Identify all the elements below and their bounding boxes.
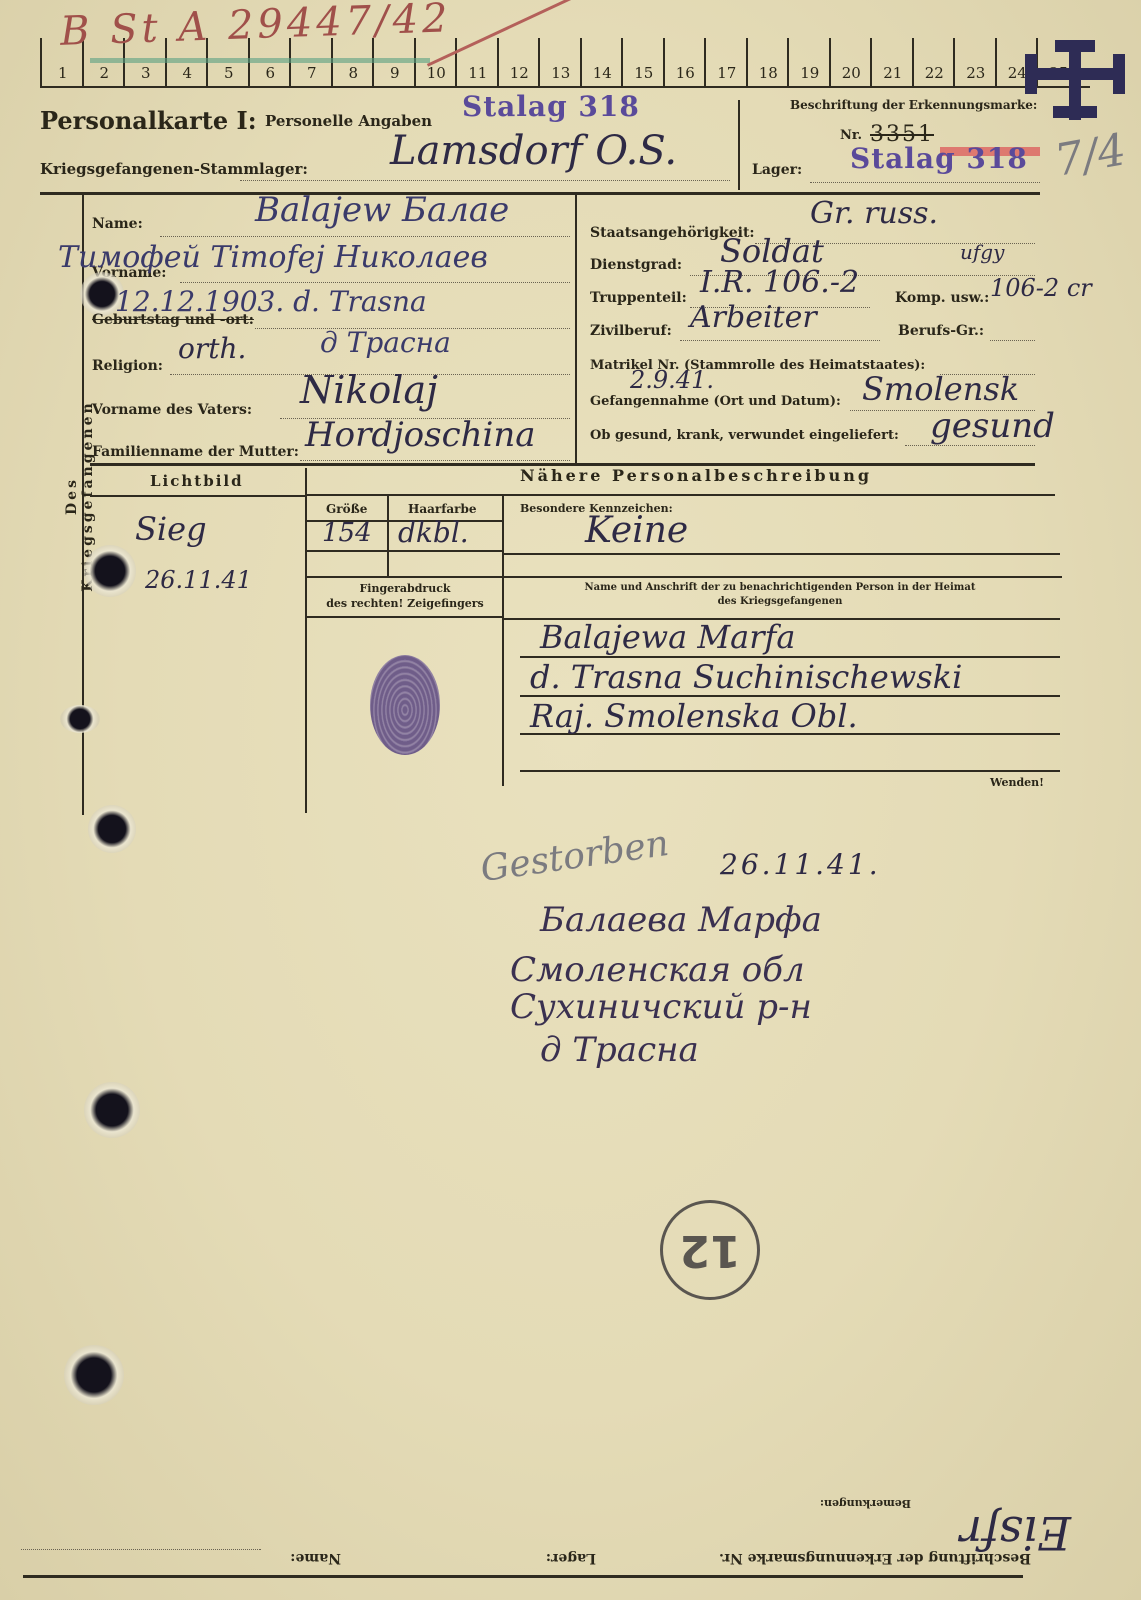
ruler-number: 23: [955, 64, 997, 82]
komp-label: Komp. usw.:: [895, 290, 989, 306]
punch-hole: [84, 545, 136, 597]
ruler-number: 12: [499, 64, 541, 82]
ruler-number: 2: [84, 64, 126, 82]
punch-hole: [60, 705, 100, 733]
ruler-number: 20: [831, 64, 873, 82]
ruler-cell: 19: [787, 38, 831, 88]
ruler-cell: 18: [746, 38, 790, 88]
komp-value: 106-2 cr: [990, 274, 1092, 302]
contact-label-2: des Kriegsgefangenen: [520, 596, 1040, 607]
ruler-number: 9: [374, 64, 416, 82]
camp-stamp: Stalag 318: [462, 90, 640, 123]
mutter-label: Familienname der Mutter:: [92, 444, 299, 460]
truppe-label: Truppenteil:: [590, 290, 687, 306]
stammlager-value: Lamsdorf O.S.: [390, 128, 677, 174]
ruler-cell: 12: [497, 38, 541, 88]
ruler-cell: 20: [829, 38, 873, 88]
ruler-number: 14: [582, 64, 624, 82]
religion-label: Religion:: [92, 358, 163, 374]
truppe-value: I.R. 106.-2: [700, 265, 859, 300]
ruler-number: 13: [540, 64, 582, 82]
lager-label: Lager:: [752, 162, 802, 178]
finger-label-1: Fingerabdruck: [310, 582, 500, 595]
punch-hole: [88, 805, 136, 853]
gesund-label: Ob gesund, krank, verwundet eingeliefert…: [590, 428, 899, 443]
ruler-cell: 8: [331, 38, 375, 88]
contact-line: Balajewa Marfa: [540, 618, 795, 656]
gefangen-place: Smolensk: [862, 370, 1019, 408]
kennzeichen-value: Keine: [585, 510, 688, 551]
religion-value: orth.: [178, 332, 246, 365]
lager-stamp: Stalag 318: [850, 142, 1028, 175]
footer-lager-label: Lager:: [546, 1550, 596, 1566]
tag-heading: Beschriftung der Erkennungsmarke:: [790, 98, 1037, 112]
ruler-number: 15: [623, 64, 665, 82]
mutter-value: Hordjoschina: [305, 415, 536, 455]
footer-name-label: Name:: [290, 1550, 341, 1566]
gefangen-date: 2.9.41.: [630, 366, 714, 394]
ruler-cell: 13: [538, 38, 582, 88]
groesse-label: Größe: [326, 502, 367, 516]
ruler-number: 22: [914, 64, 956, 82]
name-value: Balajew Балае: [255, 190, 509, 230]
photo-label: Lichtbild: [150, 472, 244, 490]
ruler-cell: 15: [621, 38, 665, 88]
wenden: Wenden!: [990, 776, 1044, 789]
cyrillic-note-line: д Трасна: [540, 1030, 699, 1070]
zivil-value: Arbeiter: [690, 300, 817, 335]
ruler-cell: 9: [372, 38, 416, 88]
ruler-number: 18: [748, 64, 790, 82]
vorname-value: Тимофей Timofej Николаев: [58, 240, 488, 275]
punch-hole: [84, 1082, 140, 1138]
ruler-number: 11: [457, 64, 499, 82]
ruler-number: 16: [665, 64, 707, 82]
section-title: Nähere Personalbeschreibung: [520, 466, 872, 485]
inverted-footer: Name: Lager: Beschriftung der Erkennungs…: [0, 1420, 1141, 1600]
ruler-number: 5: [208, 64, 250, 82]
cyrillic-note-line: Сухиничский р-н: [510, 987, 812, 1027]
stammlager-label: Kriegsgefangenen-Stammlager:: [40, 160, 308, 178]
contact-line: Raj. Smolenska Obl.: [530, 697, 858, 735]
ruler-number: 6: [250, 64, 292, 82]
nr-label: Nr.: [840, 128, 862, 143]
ruler-number: 3: [125, 64, 167, 82]
card-title: Personalkarte I:: [40, 106, 257, 135]
circle-stamp: 12: [660, 1200, 760, 1300]
corner-mark: 7/4: [1051, 124, 1130, 187]
vater-value: Nikolaj: [300, 368, 438, 412]
circle-stamp-number: 12: [663, 1225, 757, 1276]
photo-note: Sieg: [135, 510, 207, 548]
religion-extra: д Трасна: [320, 326, 451, 359]
ruler-cell: 21: [870, 38, 914, 88]
ruler-number: 17: [706, 64, 748, 82]
ruler-cell: 23: [953, 38, 997, 88]
berufs-label: Berufs-Gr.:: [898, 323, 984, 339]
death-date: 26.11.41.: [720, 848, 881, 881]
cyrillic-note-line: Балаева Марфа: [540, 900, 822, 940]
haar-value: dkbl.: [398, 516, 469, 549]
photo-date: 26.11.41: [145, 566, 252, 594]
ruler-number: 1: [42, 64, 84, 82]
gestorben-note: Gestorben: [478, 823, 671, 890]
dienst-extra: ufgy: [960, 240, 1004, 264]
finger-label-2: des rechten! Zeigefingers: [310, 597, 500, 610]
ruler-number: 10: [416, 64, 458, 82]
geburt-value: 12.12.1903. d. Trasna: [115, 285, 427, 318]
punch-hole: [64, 1345, 124, 1405]
contact-line: d. Trasna Suchinischewski: [530, 658, 962, 696]
zivil-label: Zivilberuf:: [590, 323, 672, 339]
ruler-cell: 16: [663, 38, 707, 88]
gefangen-label: Gefangennahme (Ort und Datum):: [590, 394, 841, 409]
ruler-cell: 14: [580, 38, 624, 88]
ruler-cell: 11: [455, 38, 499, 88]
footer-bemerkungen: Bemerkungen:: [820, 1497, 911, 1510]
contact-label-1: Name und Anschrift der zu benachrichtige…: [520, 582, 1040, 593]
gesund-value: gesund: [930, 406, 1055, 446]
vater-label: Vorname des Vaters:: [92, 402, 252, 418]
ruler-number: 19: [789, 64, 831, 82]
cross-stamp-icon: [1025, 40, 1125, 120]
green-strike-line: [90, 58, 430, 63]
dienst-label: Dienstgrad:: [590, 257, 682, 273]
ruler-number: 7: [291, 64, 333, 82]
cyrillic-note-line: Смоленская обл: [510, 950, 805, 990]
groesse-value: 154: [322, 518, 372, 548]
ruler-number: 4: [167, 64, 209, 82]
ruler-number: 8: [333, 64, 375, 82]
fingerprint-icon: [370, 655, 440, 755]
ruler-cell: 22: [912, 38, 956, 88]
haar-label: Haarfarbe: [408, 502, 477, 516]
ruler-number: 21: [872, 64, 914, 82]
name-label: Name:: [92, 216, 143, 232]
footer-signature: Eisfr: [960, 1506, 1071, 1560]
ruler-cell: 17: [704, 38, 748, 88]
staat-value: Gr. russ.: [810, 196, 938, 231]
